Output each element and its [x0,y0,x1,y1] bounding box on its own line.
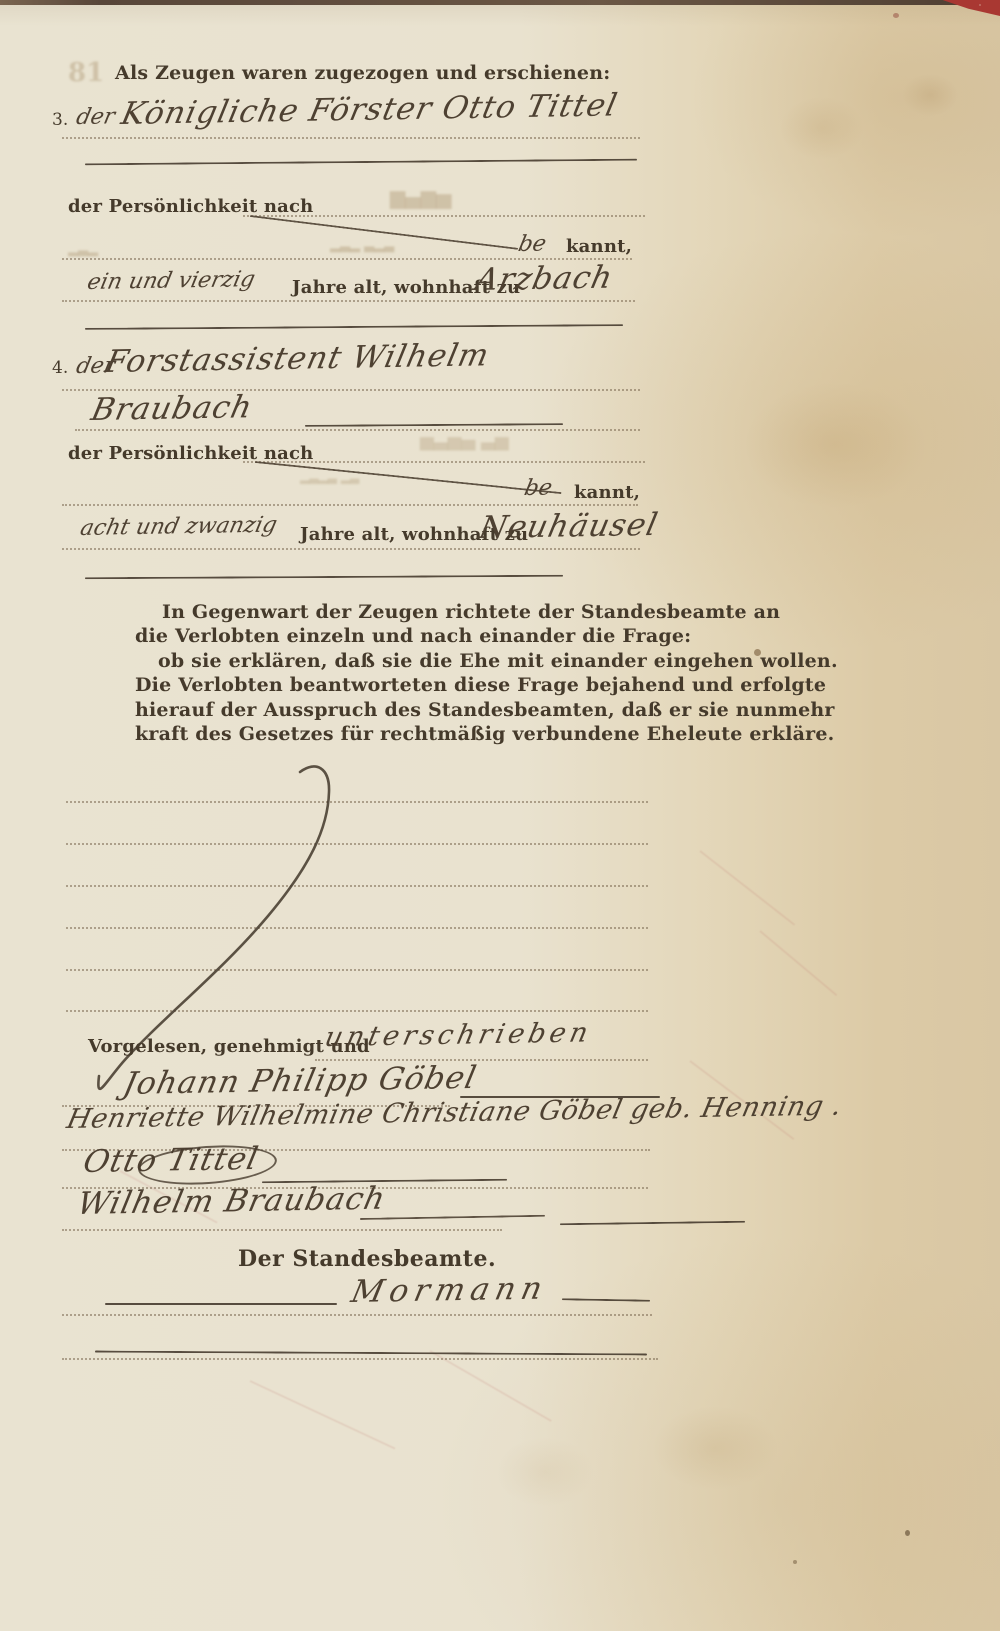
registrar-signature: Mormann [348,1271,551,1310]
signature-wilhelm-braubach: Wilhelm Braubach [74,1181,389,1222]
closing-handwritten-word: unterschrieben [322,1017,595,1053]
cancellation-stroke-flourish [0,0,1000,1631]
signature-johann-philipp-goebel: Johann Philipp Göbel [120,1060,480,1102]
registrar-label: Der Standesbeamte. [238,1246,496,1272]
register-page: 81 ▆▄▆▅ ▂▃▂ ▃▂▃ ▂▃▂ ▅▃▅▄ ▃▅ ▂▃▂▃ ▂▃ Als … [0,0,1000,1631]
